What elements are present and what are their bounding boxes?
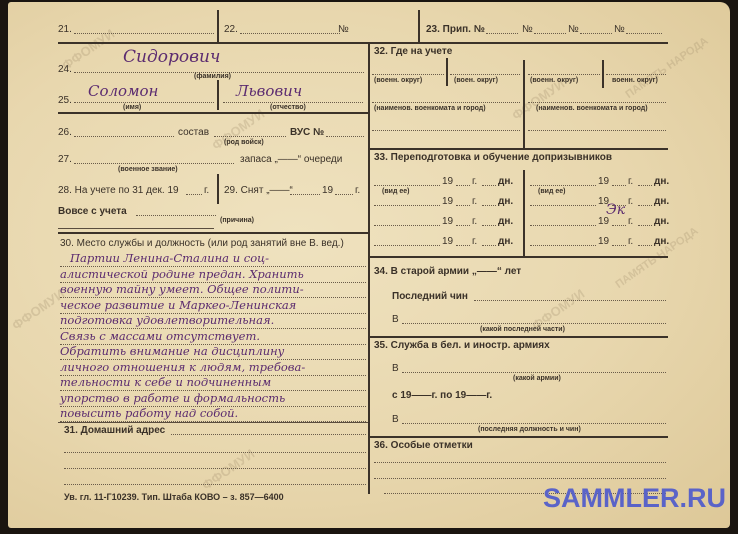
brand-watermark: SAMMLER.RU [543, 483, 726, 514]
divider [602, 60, 604, 88]
handwritten-line: личного отношения к людям, требова- [60, 360, 305, 374]
retraining-kind-line [374, 225, 440, 226]
field-29-g: г. [355, 185, 360, 196]
retraining-days: дн. [498, 196, 513, 207]
retraining-g: г. [472, 176, 477, 187]
commissariat-line [372, 102, 520, 103]
document-card: ФФОМУИ ФФОМУИ ФФОМУИ ФФОМУИ ФФОМУИ ФФОМУ… [8, 2, 730, 528]
field-27-line [74, 163, 234, 164]
field-25-label: 25. [58, 95, 72, 106]
divider [217, 80, 219, 110]
retraining-days-line [638, 205, 652, 206]
column-divider [368, 42, 370, 494]
post-line [402, 423, 666, 424]
watermark-stamp: ФФОМУИ [9, 286, 67, 333]
retraining-days-line [482, 225, 496, 226]
retraining-kind-line [374, 185, 440, 186]
post-in: В [392, 414, 399, 425]
patronymic-caption: (отчество) [270, 104, 306, 111]
divider [446, 58, 448, 86]
field-22-label: 22. [224, 24, 238, 35]
retraining-days-line [482, 205, 496, 206]
first-name-caption: (имя) [123, 104, 141, 111]
divider [58, 232, 368, 234]
handwritten-line: тельности к себе и подчиненным [60, 375, 271, 389]
field-27-reserve: запаса „——“ очереди [240, 154, 342, 165]
field-26-composition: состав [178, 127, 209, 138]
field-23-line [486, 33, 518, 34]
handwritten-line: Обратить внимание на дисциплину [60, 344, 284, 358]
field-35-label: 35. Служба в бел. и иностр. армиях [374, 340, 550, 351]
field-30-label: 30. Место службы и должность (или род за… [60, 238, 344, 249]
district-line [528, 74, 600, 75]
divider [523, 60, 525, 148]
field-26-line [74, 136, 174, 137]
retraining-year-line [612, 185, 626, 186]
retraining-year-line [456, 185, 470, 186]
field-26-vus-line [326, 136, 364, 137]
handwritten-line: упорство в работе и формальность [60, 391, 285, 405]
divider [58, 228, 214, 229]
retraining-kind-line [374, 245, 440, 246]
divider [217, 174, 219, 204]
field-21-line [74, 33, 214, 34]
handwritten-line: алистической родине предан. Хранить [60, 267, 304, 281]
field-32-label: 32. Где на учете [374, 46, 452, 57]
field-28-label: 28. На учете по 31 дек. 19 [58, 185, 179, 196]
retraining-kind-line [530, 185, 596, 186]
field-26-branch-line [214, 136, 286, 137]
district-caption: (военн. округ) [530, 77, 578, 84]
commissariat-line [528, 102, 666, 103]
notes-line [374, 478, 666, 479]
field-22-no: № [338, 24, 349, 35]
retraining-g: г. [628, 236, 633, 247]
field-29-label: 29. Снят „——“ [224, 185, 293, 196]
retraining-g: г. [472, 196, 477, 207]
retraining-days: дн. [654, 176, 669, 187]
retraining-days-line [482, 185, 496, 186]
divider [58, 42, 368, 44]
commissariat-caption: (наименов. военкомата и город) [536, 105, 648, 112]
divider [58, 422, 368, 423]
retraining-days: дн. [654, 196, 669, 207]
watermark-memory: ПАМЯТЬ НАРОДА [623, 35, 710, 101]
district-caption: (военн. округ) [374, 77, 422, 84]
field-29-year-line [335, 194, 353, 195]
retraining-days-line [638, 225, 652, 226]
retraining-days: дн. [498, 176, 513, 187]
field-26-vus: ВУС № [290, 127, 324, 138]
watermark-stamp: ФФОМУИ [199, 446, 257, 493]
patronymic-value: Львович [236, 82, 302, 100]
notes-line [374, 462, 666, 463]
printing-imprint: Ув. гл. 11-Г10239. Тип. Штаба КОВО – з. … [64, 492, 284, 502]
district-caption: (воен. округ) [454, 77, 498, 84]
retraining-year-line [612, 245, 626, 246]
patronymic-line [223, 102, 363, 103]
retraining-year-line [456, 245, 470, 246]
district-line [372, 74, 444, 75]
address-line [64, 484, 366, 485]
retraining-g: г. [628, 216, 633, 227]
field-26-caption: (род войск) [224, 139, 264, 146]
field-26-label: 26. [58, 127, 72, 138]
field-23-label: 23. Прип. № [426, 24, 485, 35]
retraining-kind-caption: (вид ее) [538, 188, 565, 195]
field-28-line [186, 194, 202, 195]
divider [368, 148, 668, 150]
retraining-year-line [612, 225, 626, 226]
address-line [64, 468, 366, 469]
field-29-19: 19 [322, 185, 333, 196]
last-rank-line [474, 300, 666, 301]
field-23-no: № [568, 24, 579, 35]
last-unit-in: В [392, 314, 399, 325]
retraining-year: 19 [598, 236, 609, 247]
retraining-kind-line [530, 205, 596, 206]
retraining-year-line [456, 225, 470, 226]
retraining-year: 19 [442, 216, 453, 227]
army-caption: (какой армии) [513, 375, 561, 382]
commissariat-line [528, 130, 666, 131]
retraining-days-line [482, 245, 496, 246]
post-caption: (последняя должность и чин) [478, 426, 581, 433]
divider [368, 256, 668, 258]
retraining-days-line [638, 245, 652, 246]
retraining-days: дн. [654, 236, 669, 247]
divider [523, 170, 525, 256]
divider [217, 10, 219, 42]
retraining-g: г. [472, 236, 477, 247]
divider [418, 10, 420, 42]
divider [368, 42, 668, 44]
field-23-line [580, 33, 612, 34]
retraining-kind-caption: (вид ее) [382, 188, 409, 195]
retraining-days: дн. [654, 216, 669, 227]
retraining-kind-line [374, 205, 440, 206]
handwritten-line: Связь с массами отсутствует. [60, 329, 260, 343]
field-23-no: № [522, 24, 533, 35]
divider [368, 436, 668, 438]
army-in: В [392, 363, 399, 374]
retraining-year: 19 [442, 196, 453, 207]
first-name-value: Соломон [88, 82, 158, 100]
address-line [64, 452, 366, 453]
field-34-label: 34. В старой армии „——“ лет [374, 266, 521, 277]
address-line [171, 434, 366, 435]
watermark-memory: ПАМЯТЬ НАРОДА [613, 225, 700, 291]
field-21-label: 21. [58, 24, 72, 35]
retraining-year: 19 [442, 236, 453, 247]
field-29-line [290, 194, 320, 195]
field-28-g: г. [204, 185, 209, 196]
army-period: с 19——г. по 19——г. [392, 390, 492, 401]
divider [58, 112, 368, 114]
field-27-caption: (военное звание) [118, 166, 178, 173]
district-line [606, 74, 666, 75]
field-33-label: 33. Переподготовка и обучение допризывни… [374, 152, 612, 163]
district-line [450, 74, 520, 75]
retraining-days: дн. [498, 236, 513, 247]
army-line [402, 372, 666, 373]
field-31-label: 31. Домашний адрес [64, 425, 165, 436]
retraining-kind-line [530, 245, 596, 246]
last-unit-caption: (какой последней части) [480, 326, 565, 333]
commissariat-line [372, 130, 520, 131]
handwritten-line: Партии Ленина-Сталина и соц- [70, 251, 269, 265]
removed-line [136, 215, 216, 216]
surname-value: Сидорович [123, 47, 221, 67]
field-23-line [626, 33, 662, 34]
handwritten-line: повысить работу над собой. [60, 406, 238, 420]
retraining-kind-line [530, 225, 596, 226]
handwritten-line: ческое развитие и Маркео-Ленинская [60, 298, 296, 312]
field-22-line [240, 33, 340, 34]
field-23-no: № [614, 24, 625, 35]
retraining-days: дн. [498, 216, 513, 227]
retraining-g: г. [628, 176, 633, 187]
field-23-line [534, 33, 566, 34]
divider [368, 336, 668, 338]
field-36-label: 36. Особые отметки [374, 440, 473, 451]
handwritten-line: подготовка удовлетворительная. [60, 313, 274, 327]
commissariat-caption: (наименов. военкомата и город) [374, 105, 486, 112]
field-24-label: 24. [58, 64, 72, 75]
retraining-days-line [638, 185, 652, 186]
retraining-year: 19 [442, 176, 453, 187]
field-25-line [74, 102, 214, 103]
last-rank-label: Последний чин [392, 291, 468, 302]
removed-caption: (причина) [220, 217, 254, 224]
retraining-year-line [456, 205, 470, 206]
last-unit-line [402, 323, 666, 324]
field-27-label: 27. [58, 154, 72, 165]
district-caption: военн. округ) [612, 77, 658, 84]
removed-label: Вовсе с учета [58, 206, 127, 217]
handwritten-line: военную тайну умеет. Общее полити- [60, 282, 304, 296]
surname-caption: (фамилия) [194, 73, 231, 80]
retraining-g: г. [628, 196, 633, 207]
retraining-g: г. [472, 216, 477, 227]
retraining-note: Эк [606, 202, 625, 218]
retraining-year: 19 [598, 176, 609, 187]
